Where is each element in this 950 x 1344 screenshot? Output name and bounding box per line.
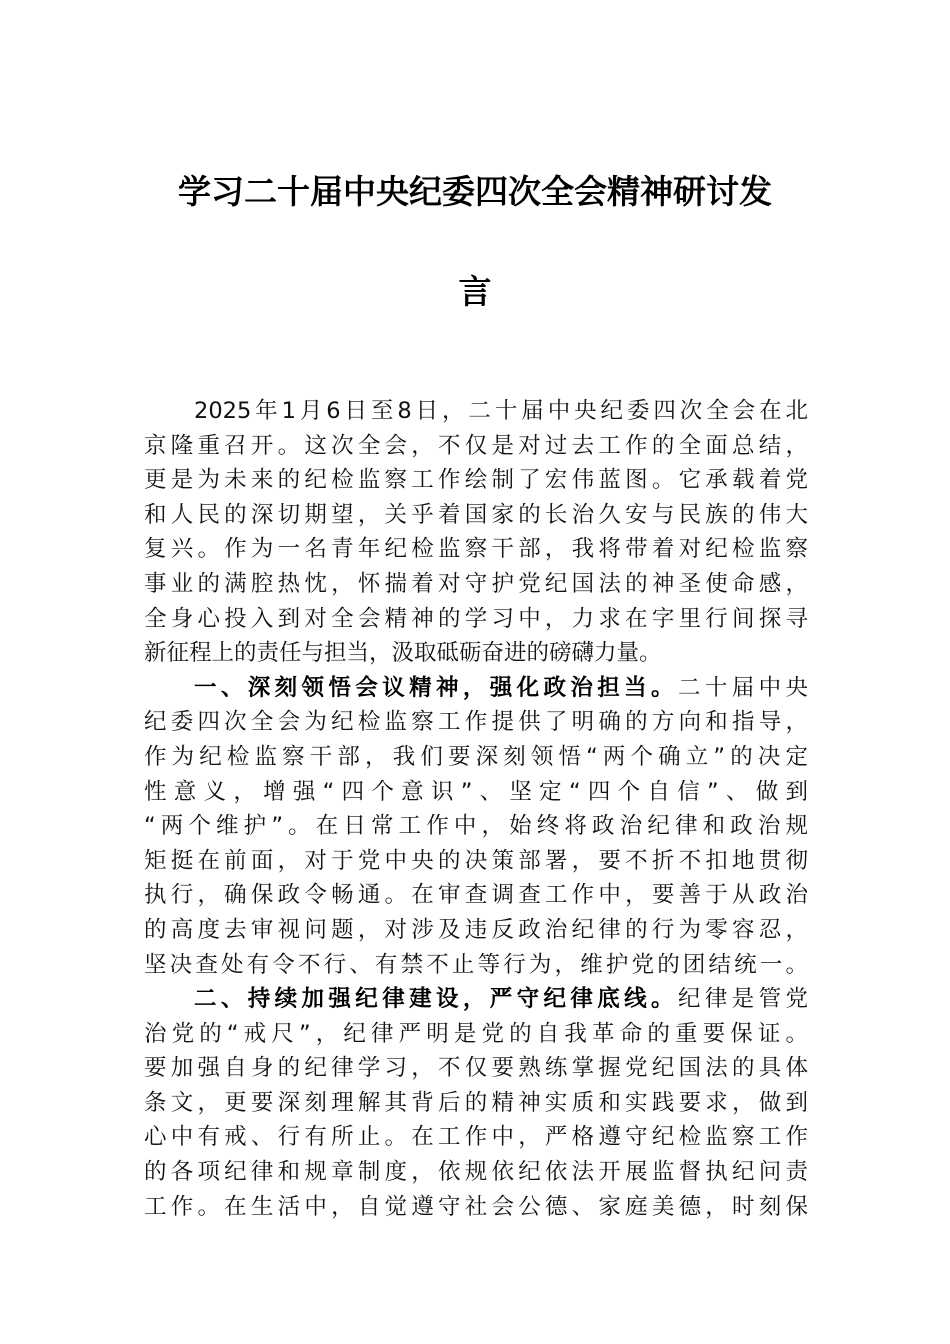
document-title-line-1: 学习二十届中央纪委四次全会精神研讨发 (140, 172, 810, 212)
body-text-span: 二十届中央 (678, 675, 808, 701)
body-line: 全身心投入到对全会精神的学习中，力求在字里行间探寻 (144, 602, 808, 637)
body-line: 纪委四次全会为纪检监察工作提供了明确的方向和指导， (144, 705, 808, 740)
section-1-first-line: 一、深刻领悟会议精神，强化政治担当。二十届中央 (144, 671, 808, 706)
body-line: 矩挺在前面，对于党中央的决策部署，要不折不扣地贯彻 (144, 844, 808, 879)
body-line: 坚决查处有令不行、有禁不止等行为，维护党的团结统一。 (144, 948, 808, 983)
body-line: 2025年1月6日至8日，二十届中央纪委四次全会在北 (144, 394, 808, 429)
body-line: 执行，确保政令畅通。在审查调查工作中，要善于从政治 (144, 878, 808, 913)
section-heading-2: 二、持续加强纪律建设，严守纪律底线。 (194, 986, 678, 1012)
body-line: 性意义，增强“四个意识”、坚定“四个自信”、做到 (144, 775, 808, 810)
body-line: 心中有戒、行有所止。在工作中，严格遵守纪检监察工作 (144, 1120, 808, 1155)
document-body: 2025年1月6日至8日，二十届中央纪委四次全会在北 京隆重召开。这次全会，不仅… (144, 394, 808, 1224)
body-line: “两个维护”。在日常工作中，始终将政治纪律和政治规 (144, 809, 808, 844)
body-line: 京隆重召开。这次全会，不仅是对过去工作的全面总结， (144, 429, 808, 464)
body-line: 复兴。作为一名青年纪检监察干部，我将带着对纪检监察 (144, 532, 808, 567)
body-line: 作为纪检监察干部，我们要深刻领悟“两个确立”的决定 (144, 740, 808, 775)
body-line: 要加强自身的纪律学习，不仅要熟练掌握党纪国法的具体 (144, 1051, 808, 1086)
body-text-span: 纪律是管党 (678, 986, 808, 1012)
section-heading-1: 一、深刻领悟会议精神，强化政治担当。 (194, 675, 678, 701)
body-line: 条文，更要深刻理解其背后的精神实质和实践要求，做到 (144, 1086, 808, 1121)
body-line: 治党的“戒尺”，纪律严明是党的自我革命的重要保证。 (144, 1017, 808, 1052)
body-line: 新征程上的责任与担当，汲取砥砺奋进的磅礴力量。 (144, 636, 808, 671)
body-line: 和人民的深切期望，关乎着国家的长治久安与民族的伟大 (144, 498, 808, 533)
body-line: 事业的满腔热忱，怀揣着对守护党纪国法的神圣使命感， (144, 567, 808, 602)
body-line: 的高度去审视问题，对涉及违反政治纪律的行为零容忍， (144, 913, 808, 948)
document-page: 学习二十届中央纪委四次全会精神研讨发 言 2025年1月6日至8日，二十届中央纪… (0, 0, 950, 1344)
body-line: 更是为未来的纪检监察工作绘制了宏伟蓝图。它承载着党 (144, 463, 808, 498)
document-title-line-2: 言 (140, 272, 810, 312)
body-line: 工作。在生活中，自觉遵守社会公德、家庭美德，时刻保 (144, 1190, 808, 1225)
section-2-first-line: 二、持续加强纪律建设，严守纪律底线。纪律是管党 (144, 982, 808, 1017)
body-line: 的各项纪律和规章制度，依规依纪依法开展监督执纪问责 (144, 1155, 808, 1190)
